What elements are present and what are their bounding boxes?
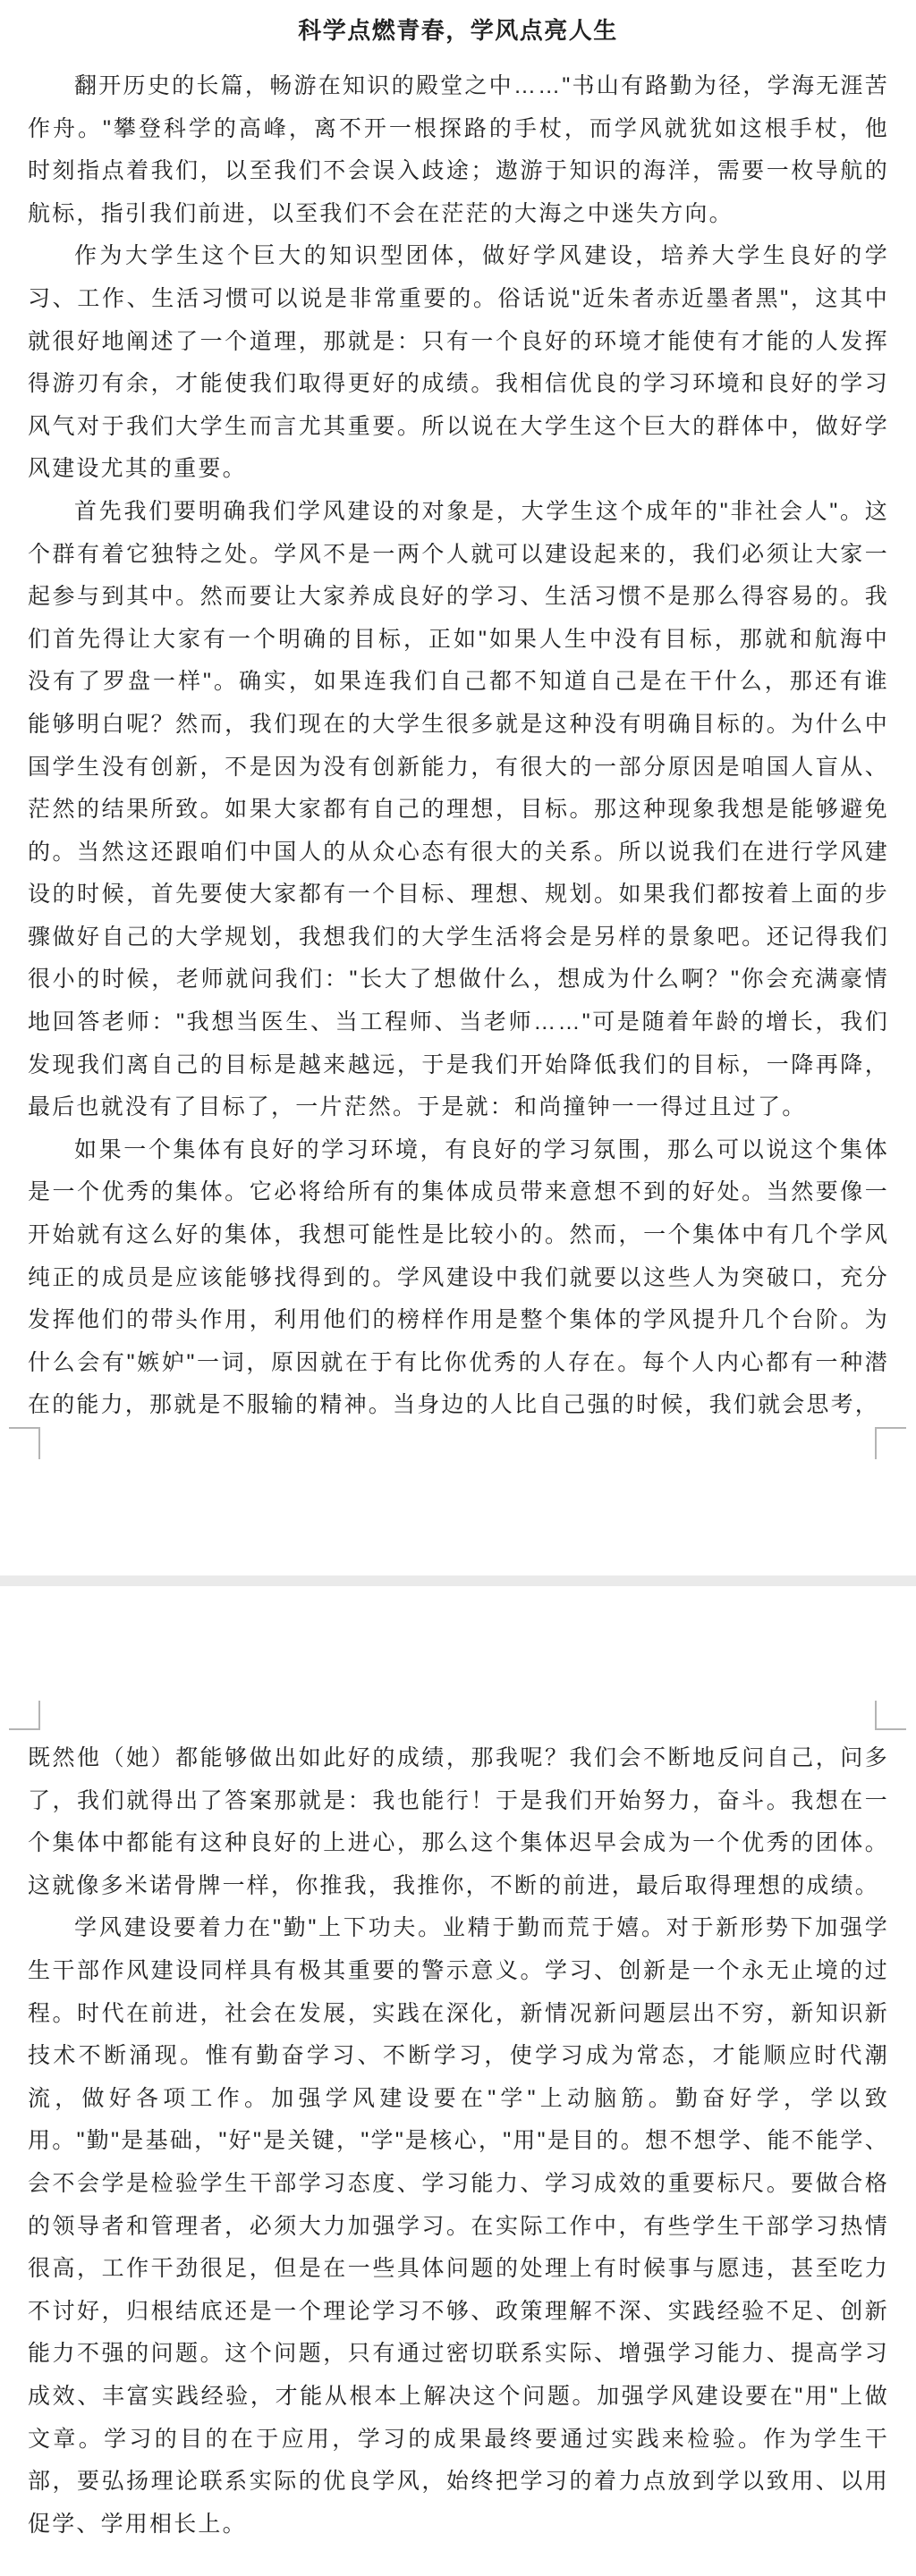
document-view: 科学点燃青春，学风点亮人生 翻开历史的长篇，畅游在知识的殿堂之中……"书山有路勤… [0,0,916,2576]
paragraph-4: 如果一个集体有良好的学习环境，有良好的学习氛围，那么可以说这个集体是一个优秀的集… [28,1129,889,1427]
text-boundary-mark-top-left [9,1701,40,1730]
text-boundary-mark-top-right [875,1701,906,1730]
paragraph-4-continuation: 既然他（她）都能够做出如此好的成绩，那我呢？我们会不断地反问自己，问多了，我们就… [28,1737,889,1907]
page-break-gap [0,1575,916,1586]
text-boundary-mark-bottom-right [875,1427,906,1459]
paragraph-1: 翻开历史的长篇，畅游在知识的殿堂之中……"书山有路勤为径，学海无涯苦作舟。"攀登… [28,65,889,235]
paragraph-3: 首先我们要明确我们学风建设的对象是，大学生这个成年的"非社会人"。这个群有着它独… [28,491,889,1129]
document-title: 科学点燃青春，学风点亮人生 [0,0,916,48]
paragraph-5: 学风建设要着力在"勤"上下功夫。业精于勤而荒于嬉。对于新形势下加强学生干部作风建… [28,1907,889,2546]
document-page-2: 既然他（她）都能够做出如此好的成绩，那我呢？我们会不断地反问自己，问多了，我们就… [0,1586,916,2576]
paragraph-2: 作为大学生这个巨大的知识型团体，做好学风建设，培养大学生良好的学习、工作、生活习… [28,235,889,491]
text-boundary-mark-bottom-left [9,1427,40,1459]
page-1-text-body: 翻开历史的长篇，畅游在知识的殿堂之中……"书山有路勤为径，学海无涯苦作舟。"攀登… [0,48,916,1427]
document-page-1: 科学点燃青春，学风点亮人生 翻开历史的长篇，畅游在知识的殿堂之中……"书山有路勤… [0,0,916,1575]
page-2-text-body: 既然他（她）都能够做出如此好的成绩，那我呢？我们会不断地反问自己，问多了，我们就… [0,1586,916,2546]
